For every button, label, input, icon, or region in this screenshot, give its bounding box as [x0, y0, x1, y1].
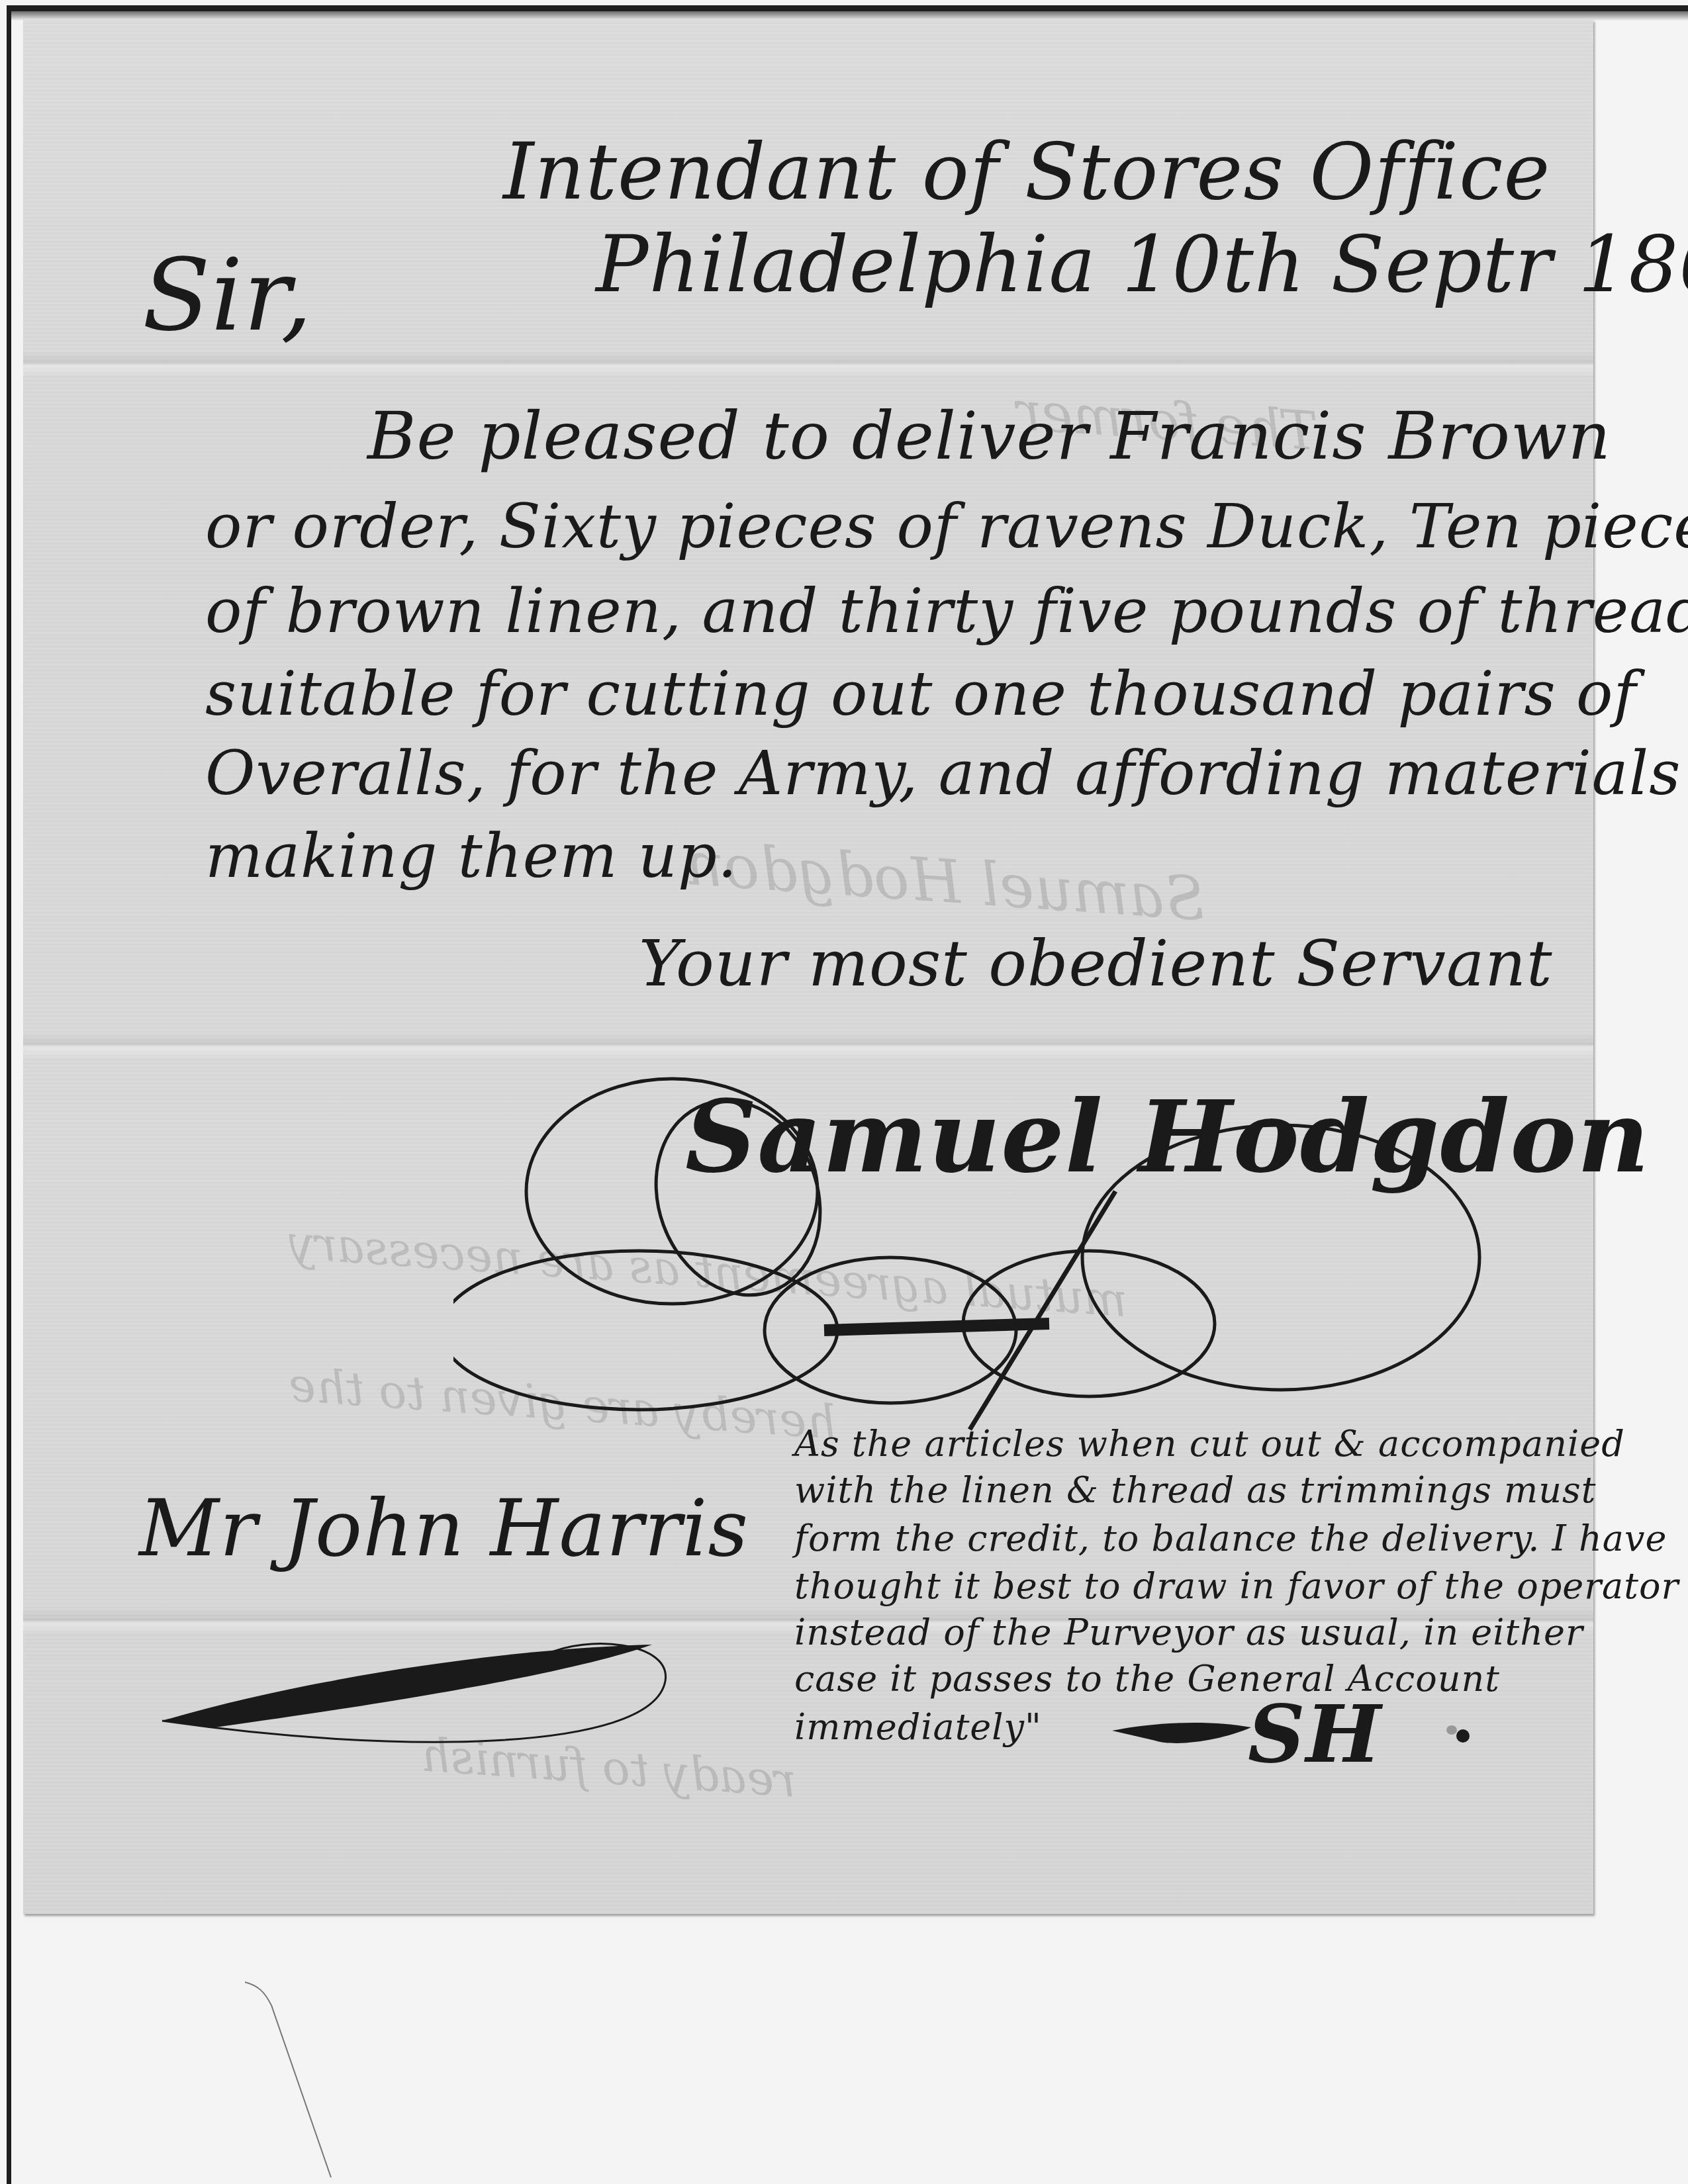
postscript-line-6: case it passes to the General Account: [794, 1658, 1500, 1700]
signature-samuel-hodgdon: Samuel Hodgdon: [685, 1079, 1650, 1195]
postscript-initials: SH: [1248, 1688, 1382, 1781]
bleed-through-text: Samuel Hodgdon: [683, 829, 1207, 935]
letter-page: The former Samuel Hodgdon mutual agreeme…: [23, 20, 1593, 1914]
postscript-line-5: instead of the Purveyor as usual, in eit…: [794, 1612, 1583, 1653]
postscript-line-1: As the articles when cut out & accompani…: [794, 1423, 1625, 1465]
scanner-frame-left: [7, 5, 11, 2184]
postscript-line-2: with the linen & thread as trimmings mus…: [794, 1469, 1597, 1511]
scanner-frame-top: [7, 5, 1688, 11]
ink-blot: [1456, 1729, 1470, 1743]
addressee: Mr John Harris: [139, 1482, 749, 1574]
postscript-line-3: form the credit, to balance the delivery…: [794, 1518, 1667, 1559]
office-heading: Intendant of Stores Office: [503, 126, 1550, 217]
scanner-frame-shadow: [11, 11, 1688, 21]
body-line-4: suitable for cutting out one thousand pa…: [205, 659, 1636, 729]
fold-crease-upper: [23, 351, 1593, 377]
body-line-1: Be pleased to deliver Francis Brown: [367, 397, 1611, 475]
postscript-line-7: immediately": [794, 1706, 1042, 1748]
salutation: Sir,: [142, 238, 313, 353]
body-line-2: or order, Sixty pieces of ravens Duck, T…: [205, 491, 1688, 562]
scanner-scratch-mark: [238, 1979, 338, 2184]
body-line-6: making them up.: [205, 821, 737, 891]
addressee-underline-flourish-icon: [122, 1595, 751, 1747]
ink-stain: [1446, 1725, 1457, 1735]
body-line-5: Overalls, for the Army, and affording ma…: [205, 738, 1688, 809]
signature-flourish-icon: [453, 973, 1513, 1436]
postscript-line-4: thought it best to draw in favor of the …: [794, 1565, 1679, 1607]
body-line-3: of brown linen, and thirty five pounds o…: [205, 576, 1688, 647]
postscript-dash-icon: [1109, 1714, 1254, 1754]
place-date-line: Philadelphia 10th Septr 1800.: [596, 218, 1688, 310]
